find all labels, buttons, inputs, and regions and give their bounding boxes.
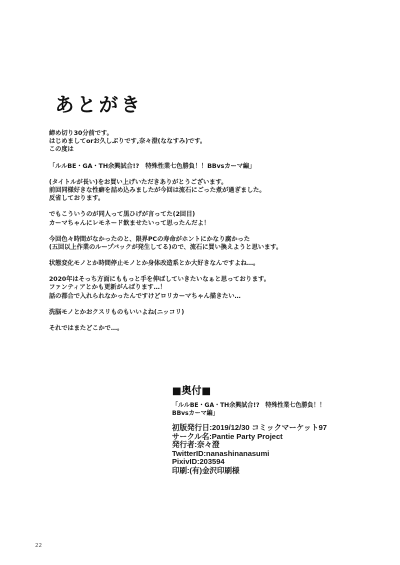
text-line: (タイトルが長い)をお買い上げいただきありがとうございます。	[49, 179, 389, 187]
text-line: 「ルルBE・GA・TH余興試合!? 特殊性業七色勝負！！BBvsカーマ編」	[49, 163, 389, 171]
paragraph-2020: 2020年はそっち方面にももっと手を伸ばしていきたいなぁと思っております。 ファ…	[49, 276, 389, 301]
document-page: あとがき 締め切り30分前です。 はじめましてorお久しぶりです,奈々澄(ななす…	[0, 0, 400, 565]
colophon-work-title: 「ルルBE・GA・TH余興試合!? 特殊性業七色勝負！！ BBvsカーマ編」	[172, 402, 372, 418]
paragraph-thanks: (タイトルが長い)をお買い上げいただきありがとうございます。 前回同様好きな性癖…	[49, 179, 389, 204]
afterword-title: あとがき	[55, 90, 143, 117]
colophon: ■奥付■ 「ルルBE・GA・TH余興試合!? 特殊性業七色勝負！！ BBvsカー…	[172, 382, 372, 476]
text-line: 洗脳モノとかおクスリものもいいよね(ニッコリ)	[49, 309, 389, 317]
paragraph-brainwash: 洗脳モノとかおクスリものもいいよね(ニッコリ)	[49, 309, 389, 317]
paragraph-genres: 状態変化モノとか時間停止モノとか身体改造系とか大好きなんですよね…。	[49, 260, 389, 268]
printer: 印刷:(有)金沢印刷様	[172, 467, 372, 476]
text-line: 締め切り30分前です。	[49, 130, 389, 138]
text-line: (五回以上作業のループバックが発生してる)ので、流石に買い換えようと思います。	[49, 244, 389, 252]
paragraph-pc: 今回色々時間がなかったのと、限界PCの寿命がホントにかなり腐かった (五回以上作…	[49, 236, 389, 252]
colophon-heading: ■奥付■	[172, 382, 372, 397]
text-line: この度は	[49, 146, 389, 154]
text-line: ファンティアとかも更新がんばります…！	[49, 284, 389, 292]
page-number: 22	[35, 543, 42, 549]
afterword-body: 締め切り30分前です。 はじめましてorお久しぶりです,奈々澄(ななすみ)です。…	[49, 130, 389, 333]
text-line: 「ルルBE・GA・TH余興試合!? 特殊性業七色勝負！！	[172, 402, 372, 410]
paragraph-doujin: でもこういうのが同人って黒ひげが言ってた(2回目) カーマちゃんにレモネード飲ま…	[49, 211, 389, 227]
text-line: 前回同様好きな性癖を詰め込みましたが今回は流石にごった煮が過ぎました。	[49, 187, 389, 195]
text-line: カーマちゃんにレモネード飲ませたいって思ったんだよ！	[49, 220, 389, 228]
paragraph-closing: それではまたどこかで…。	[49, 325, 389, 333]
text-line: はじめましてorお久しぶりです,奈々澄(ななすみ)です。	[49, 138, 389, 146]
text-line: BBvsカーマ編」	[172, 410, 372, 418]
text-line: 状態変化モノとか時間停止モノとか身体改造系とか大好きなんですよね…。	[49, 260, 389, 268]
colophon-info: 初版発行日:2019/12/30 コミックマーケット97 サークル名:Panti…	[172, 424, 372, 476]
paragraph-intro: 締め切り30分前です。 はじめましてorお久しぶりです,奈々澄(ななすみ)です。…	[49, 130, 389, 155]
paragraph-work-title: 「ルルBE・GA・TH余興試合!? 特殊性業七色勝負！！BBvsカーマ編」	[49, 163, 389, 171]
text-line: 話の都合で入れられなかったんですけどロリカーマちゃん描きたい…	[49, 293, 389, 301]
text-line: でもこういうのが同人って黒ひげが言ってた(2回目)	[49, 211, 389, 219]
text-line: それではまたどこかで…。	[49, 325, 389, 333]
text-line: 反省しております。	[49, 195, 389, 203]
text-line: 今回色々時間がなかったのと、限界PCの寿命がホントにかなり腐かった	[49, 236, 389, 244]
